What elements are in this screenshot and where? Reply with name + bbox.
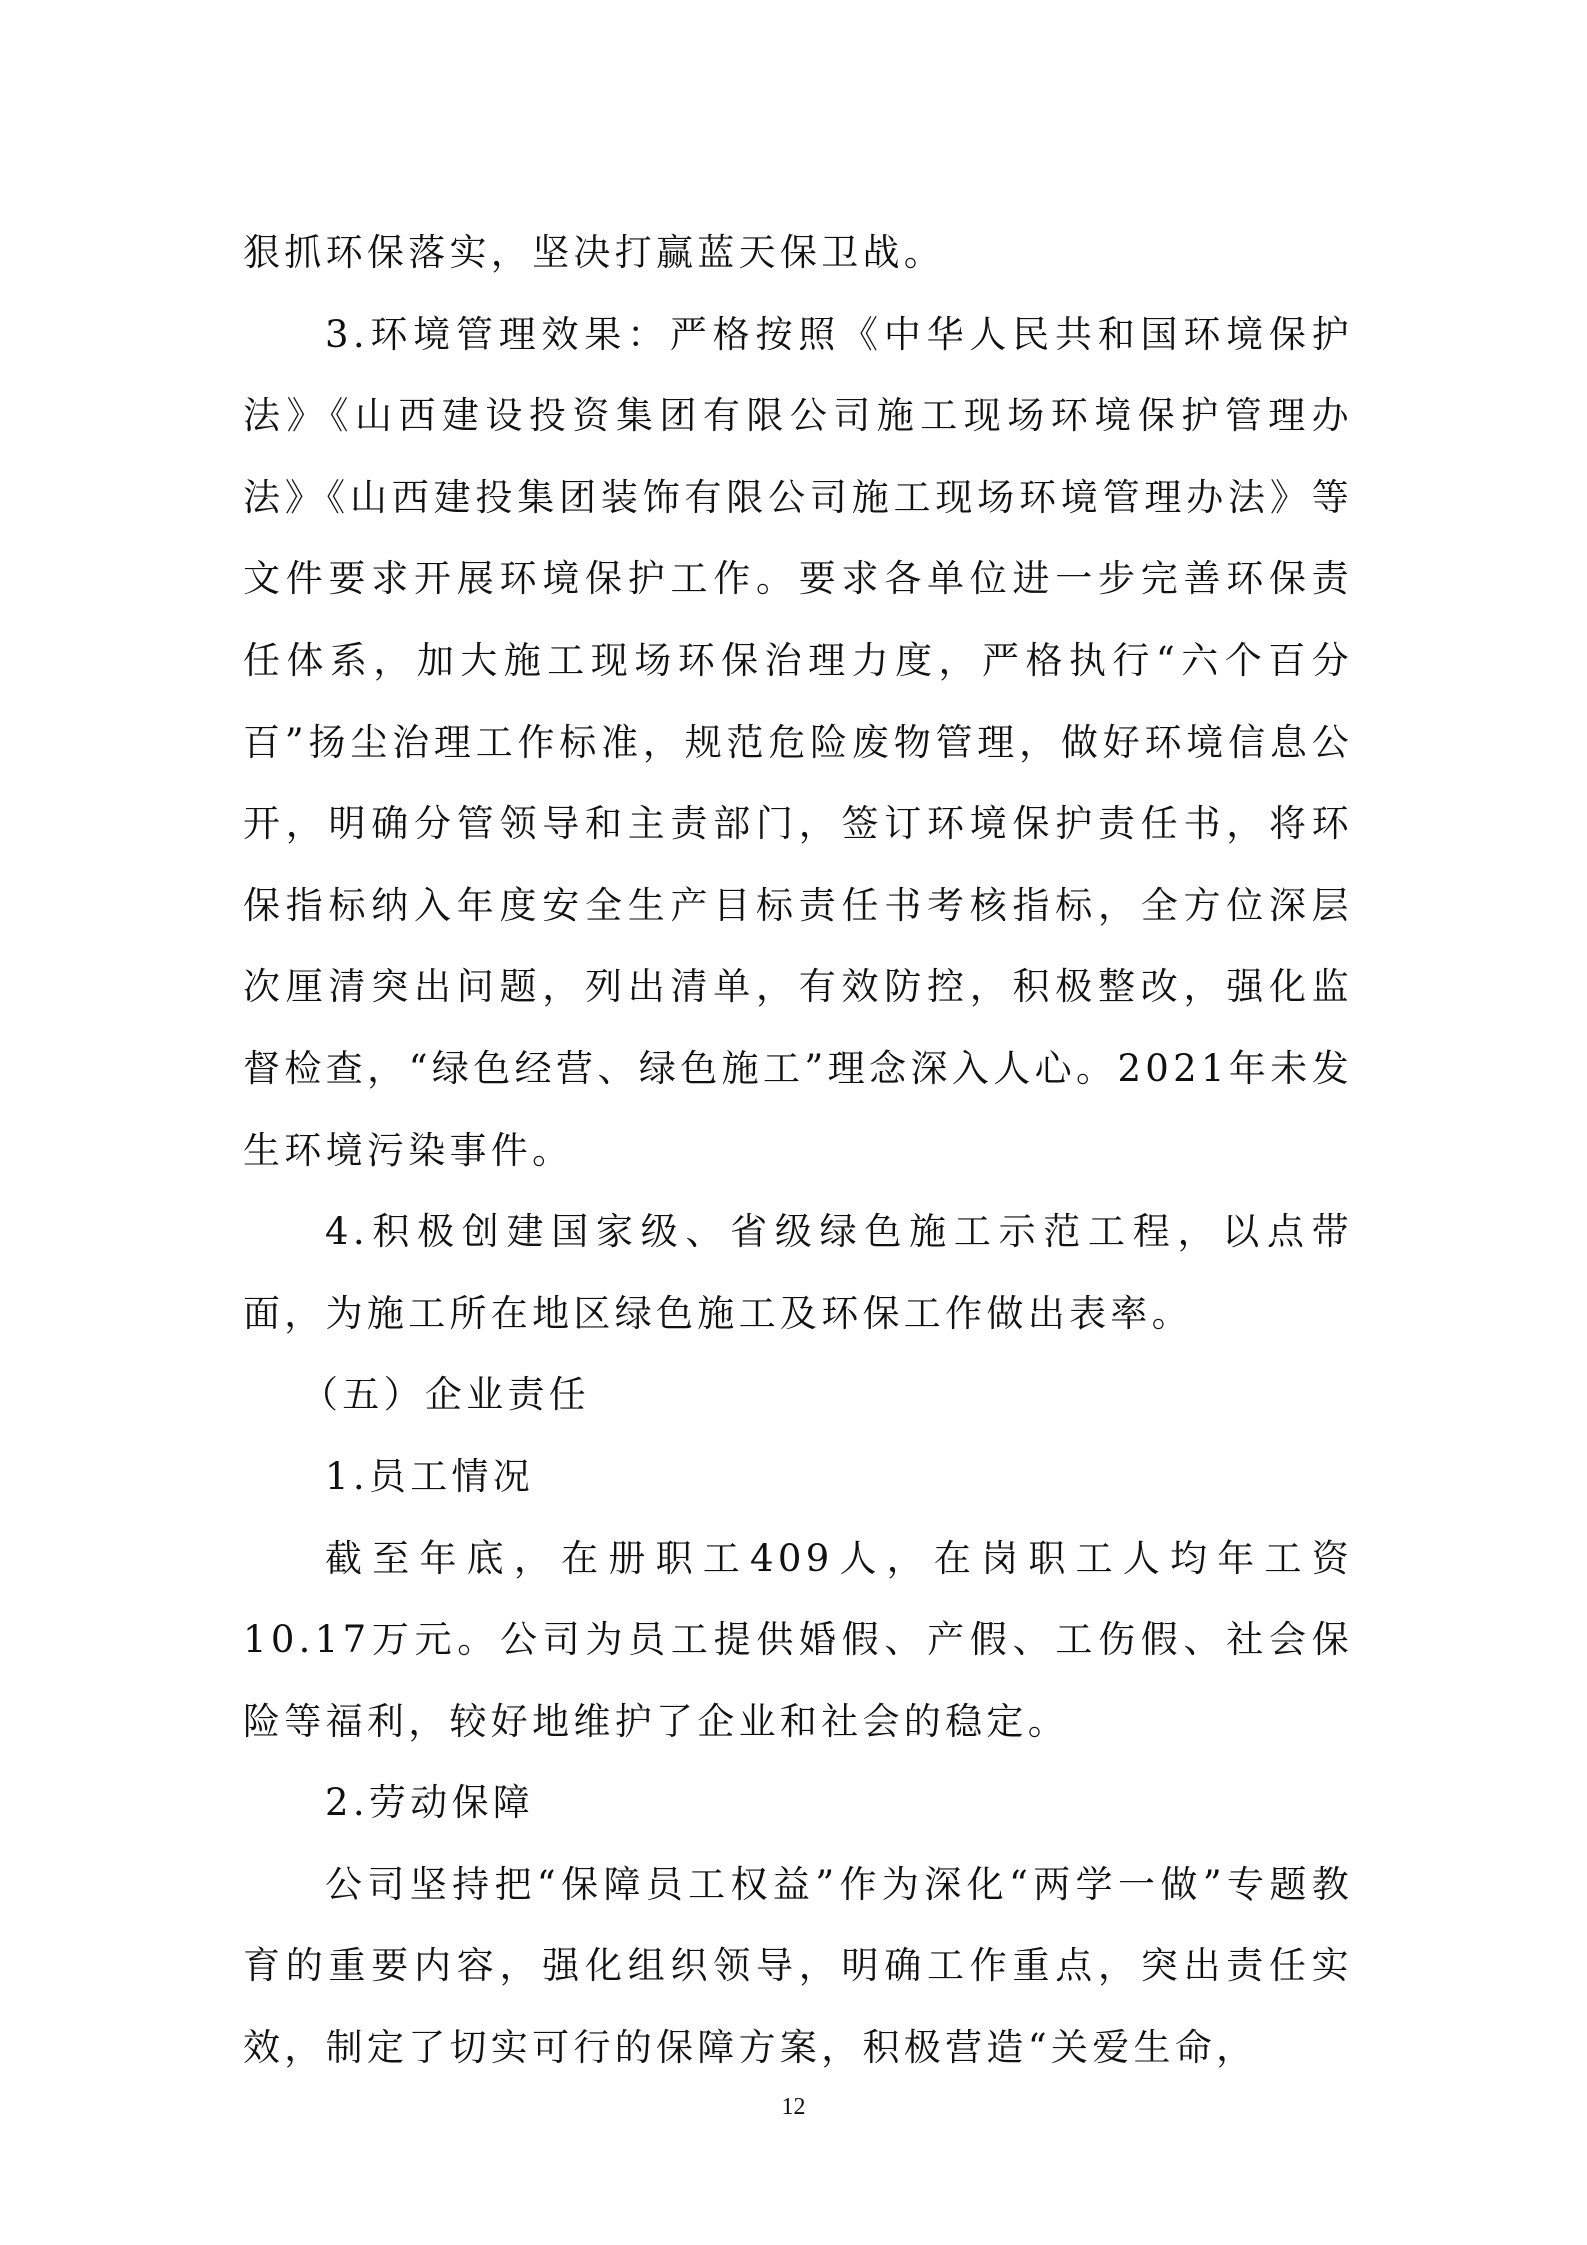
- document-page: 狠抓环保落实，坚决打赢蓝天保卫战。 3.环境管理效果：严格按照《中华人民共和国环…: [0, 0, 1587, 2245]
- paragraph-continuation: 狠抓环保落实，坚决打赢蓝天保卫战。: [243, 212, 1353, 294]
- paragraph-labor-protection: 公司坚持把“保障员工权益”作为深化“两学一做”专题教育的重要内容，强化组织领导，…: [243, 1844, 1353, 2089]
- page-number: 12: [0, 2094, 1587, 2121]
- paragraph-environment-management: 3.环境管理效果：严格按照《中华人民共和国环境保护法》《山西建设投资集团有限公司…: [243, 294, 1353, 1192]
- subheading-employee-status: 1.员工情况: [243, 1436, 1353, 1518]
- document-body: 狠抓环保落实，坚决打赢蓝天保卫战。 3.环境管理效果：严格按照《中华人民共和国环…: [243, 212, 1353, 2089]
- section-heading-enterprise-responsibility: （五）企业责任: [243, 1354, 1353, 1436]
- paragraph-green-construction: 4.积极创建国家级、省级绿色施工示范工程，以点带面，为施工所在地区绿色施工及环保…: [243, 1191, 1353, 1354]
- paragraph-employee-status: 截至年底，在册职工409人，在岗职工人均年工资10.17万元。公司为员工提供婚假…: [243, 1518, 1353, 1763]
- subheading-labor-protection: 2.劳动保障: [243, 1762, 1353, 1844]
